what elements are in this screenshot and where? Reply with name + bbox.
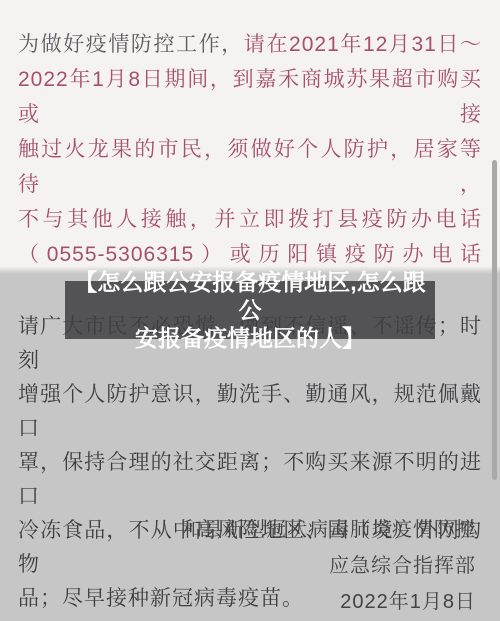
notice-page: 为做好疫情防控工作，请在2021年12月31日～ 2022年1月8日期间，到嘉禾… (0, 0, 500, 621)
paragraph-line: 触过火龙果的市民，须做好个人防护，居家等待， (18, 132, 482, 202)
paragraph-line: 2022年1月8日期间，到嘉禾商城苏果超市购买或接 (18, 62, 482, 132)
paragraph-line: 增强个人防护意识，勤洗手、勤通风，规范佩戴口 (18, 378, 482, 446)
signature-date: 2022年1月8日 (0, 584, 476, 620)
signature-block: 和县新型冠状病毒肺炎疫情防控 应急综合指挥部 2022年1月8日 (0, 512, 500, 620)
line1-red-text: 请在2021年12月31日～ (244, 33, 482, 56)
banner-line-1: 【怎么跟公安报备疫情地区,怎么跟公 (65, 268, 435, 324)
org-name-line-2: 应急综合指挥部 (0, 548, 476, 584)
line1-lead-gray-text: 为做好疫情防控工作， (18, 33, 244, 56)
paragraph-line: 为做好疫情防控工作，请在2021年12月31日～ (18, 27, 482, 62)
notice-top-section: 为做好疫情防控工作，请在2021年12月31日～ 2022年1月8日期间，到嘉禾… (0, 0, 500, 266)
scrollbar-thumb[interactable] (492, 160, 497, 480)
paragraph-line: 不与其他人接触，并立即拨打县疫防办电话 (18, 202, 482, 237)
org-name-line-1: 和县新型冠状病毒肺炎疫情防控 (0, 512, 476, 548)
paragraph-line: 罩，保持合理的社交距离；不购买来源不明的进口 (18, 446, 482, 514)
title-overlay-banner: 【怎么跟公安报备疫情地区,怎么跟公 安报备疫情地区的人】 (65, 281, 435, 339)
banner-line-2: 安报备疫情地区的人】 (65, 324, 435, 352)
